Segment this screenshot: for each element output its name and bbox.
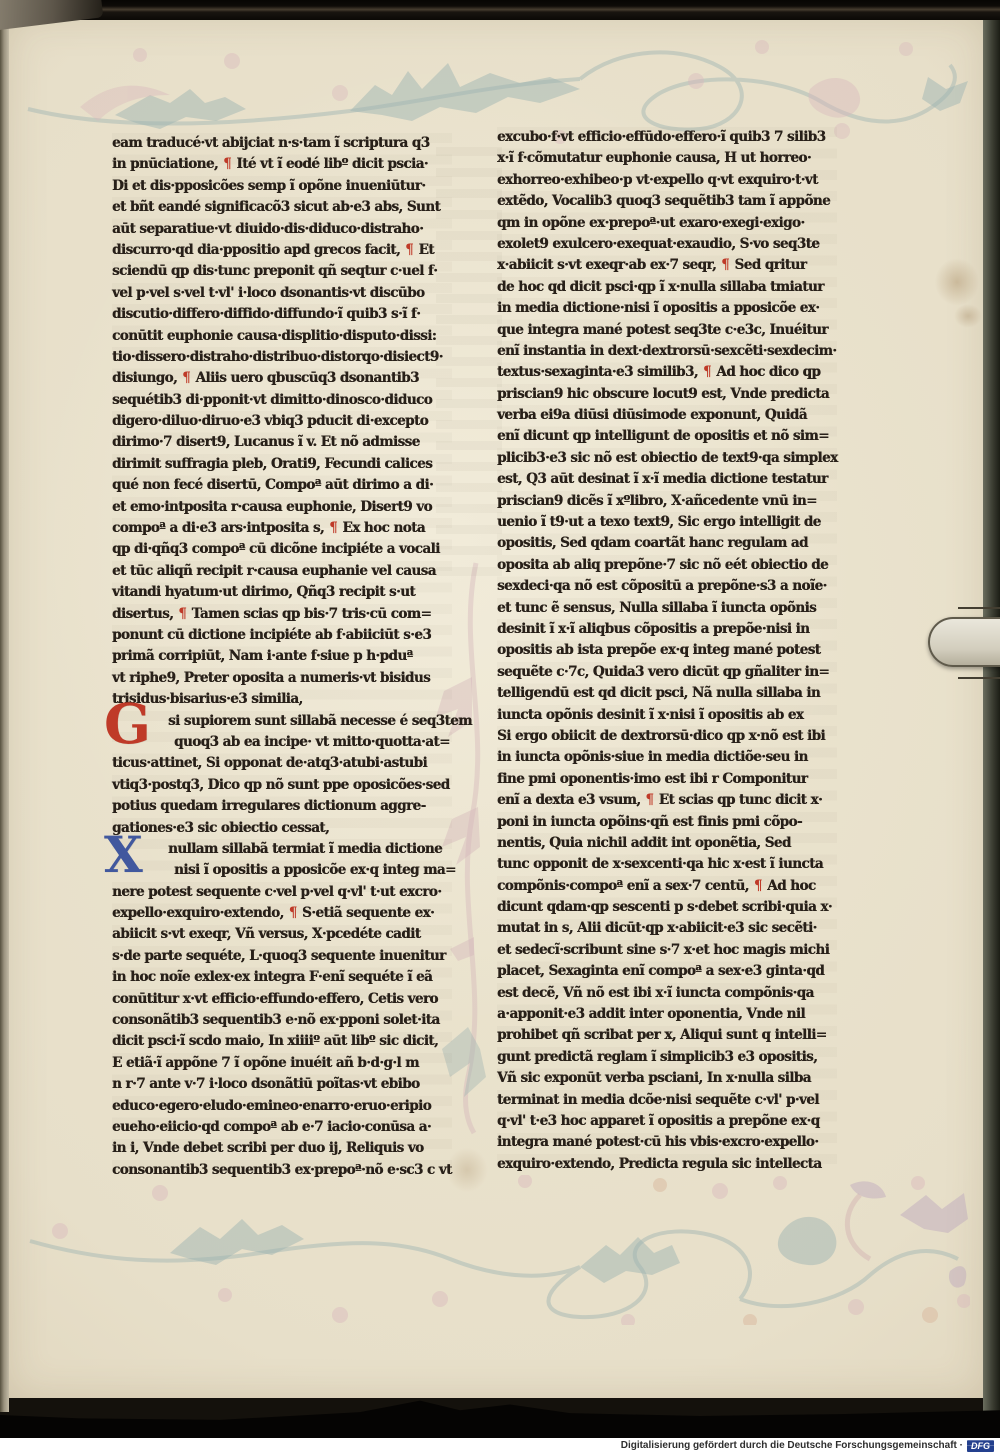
digitization-credit-bar: Digitalisierung gefördert durch die Deut… — [0, 1438, 1000, 1453]
parchment-stain — [948, 299, 988, 333]
dfg-logo: DFG — [967, 1440, 994, 1452]
text-column-right: excubo·f·vt efficio·effūdo·effero·ĩ quib… — [497, 127, 837, 1175]
book-clasp — [928, 617, 1000, 667]
book-top-edge — [0, 0, 1000, 20]
digitization-credit-text: Digitalisierung gefördert durch die Deut… — [621, 1440, 963, 1451]
parchment-stain — [926, 249, 988, 315]
book-fore-edge — [983, 0, 1000, 1440]
floral-border-bottom-icon — [20, 1175, 970, 1325]
book-bottom-edge — [0, 1392, 1000, 1440]
drop-cap-blue: X — [104, 830, 143, 880]
scanned-book-page: G X eam traducé·vt abijciat n·s·tam ĩ sc… — [0, 0, 1000, 1453]
column-text-left: eam traducé·vt abijciat n·s·tam ĩ script… — [112, 133, 452, 1181]
book-gutter-edge — [0, 0, 9, 1412]
column-text-right: excubo·f·vt efficio·effūdo·effero·ĩ quib… — [497, 127, 837, 1175]
drop-cap-red: G — [104, 696, 151, 751]
parchment-page: G X eam traducé·vt abijciat n·s·tam ĩ sc… — [8, 17, 985, 1398]
text-column-left: G X eam traducé·vt abijciat n·s·tam ĩ sc… — [112, 133, 452, 1181]
